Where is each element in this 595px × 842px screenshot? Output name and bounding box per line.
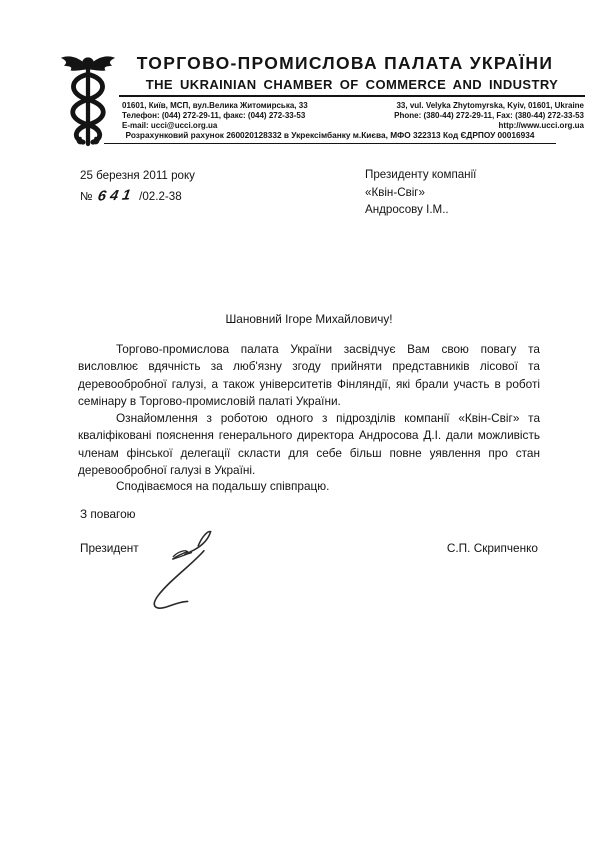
letter-body: Торгово-промислова палата України засвід…: [78, 341, 540, 479]
address-line-en: 33, vul. Velyka Zhytomyrska, Kyiv, 01601…: [394, 101, 584, 111]
number-suffix: /02.2-38: [139, 190, 182, 203]
salutation: Шановний Ігоре Михайловичу!: [78, 312, 540, 326]
letter-number: № 641 /02.2-38: [80, 186, 195, 207]
closing-line: Сподіваємося на подальшу співпрацю.: [78, 479, 540, 493]
recipient-line: «Квін-Свіг»: [365, 184, 476, 202]
signer-title: Президент: [80, 541, 139, 555]
phone-line-uk: Телефон: (044) 272-29-11, факс: (044) 27…: [122, 111, 308, 121]
bank-details-line: Розрахунковий рахунок 260020128332 в Укр…: [104, 130, 556, 144]
website-line: http://www.ucci.org.ua: [394, 121, 584, 131]
phone-line-en: Phone: (380-44) 272-29-11, Fax: (380-44)…: [394, 111, 584, 121]
org-title-ukrainian: ТОРГОВО-ПРОМИСЛОВА ПАЛАТА УКРАЇНИ: [104, 53, 586, 74]
letter-page: ТОРГОВО-ПРОМИСЛОВА ПАЛАТА УКРАЇНИ THE UK…: [0, 0, 595, 842]
regards-line: З повагою: [80, 507, 136, 521]
contact-english: 33, vul. Velyka Zhytomyrska, Kyiv, 01601…: [394, 101, 584, 130]
number-sign: №: [80, 190, 92, 203]
letter-date: 25 березня 2011 року: [80, 166, 195, 186]
letterhead-contact-block: 01601, Київ, МСП, вул.Велика Житомирська…: [122, 101, 584, 130]
signer-name: С.П. Скрипченко: [418, 541, 538, 555]
body-paragraph-1: Торгово-промислова палата України засвід…: [78, 341, 540, 410]
email-line: E-mail: ucci@ucci.org.ua: [122, 121, 308, 131]
recipient-line: Президенту компанії: [365, 166, 476, 184]
address-line-uk: 01601, Київ, МСП, вул.Велика Житомирська…: [122, 101, 308, 111]
handwritten-number: 641: [96, 185, 136, 206]
reference-block: 25 березня 2011 року № 641 /02.2-38: [80, 166, 195, 207]
handwritten-signature: [136, 523, 224, 611]
recipient-block: Президенту компанії «Квін-Свіг» Андросов…: [365, 166, 476, 219]
body-paragraph-2: Ознайомлення з роботою одного з підрозді…: [78, 410, 540, 479]
contact-ukrainian: 01601, Київ, МСП, вул.Велика Житомирська…: [122, 101, 308, 130]
org-title-english: THE UKRAINIAN CHAMBER OF COMMERCE AND IN…: [119, 77, 585, 97]
recipient-line: Андросову І.М..: [365, 201, 476, 219]
